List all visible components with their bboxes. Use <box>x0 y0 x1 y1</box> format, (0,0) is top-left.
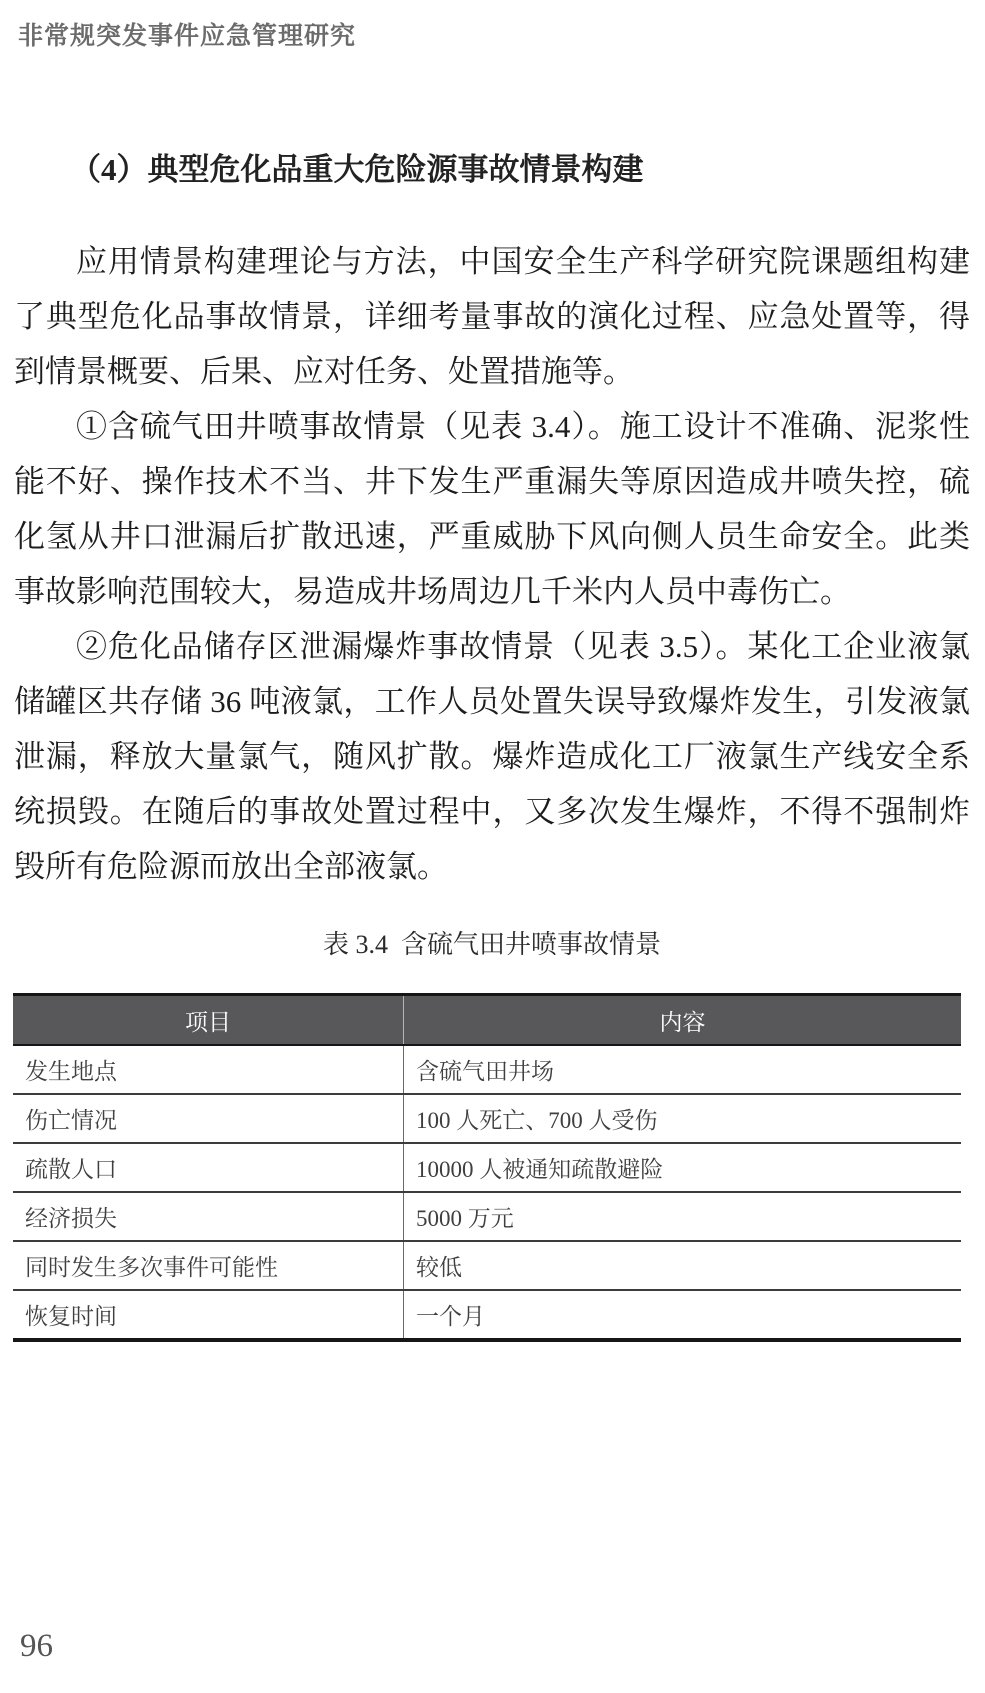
scenario-table-header: 项目 内容 <box>13 995 961 1046</box>
table-row: 恢复时间 一个月 <box>13 1290 961 1340</box>
page-number: 96 <box>20 1628 53 1665</box>
row-label: 经济损失 <box>13 1192 404 1241</box>
table-header-row: 项目 内容 <box>13 995 961 1046</box>
document-page: 非常规突发事件应急管理研究 （4）典型危化品重大危险源事故情景构建 应用情景构建… <box>0 0 985 1693</box>
row-value: 100 人死亡、700 人受伤 <box>404 1094 962 1143</box>
column-header-item: 项目 <box>13 995 404 1046</box>
row-value: 较低 <box>404 1241 962 1290</box>
main-content: （4）典型危化品重大危险源事故情景构建 应用情景构建理论与方法，中国安全生产科学… <box>14 150 970 1342</box>
row-label: 同时发生多次事件可能性 <box>13 1241 404 1290</box>
running-head: 非常规突发事件应急管理研究 <box>18 16 356 52</box>
table-row: 疏散人口 10000 人被通知疏散避险 <box>13 1143 961 1192</box>
column-header-content: 内容 <box>404 995 962 1046</box>
section-heading: （4）典型危化品重大危险源事故情景构建 <box>70 150 970 190</box>
row-label: 疏散人口 <box>13 1143 404 1192</box>
row-label: 伤亡情况 <box>13 1094 404 1143</box>
row-value: 5000 万元 <box>404 1192 962 1241</box>
table-row: 发生地点 含硫气田井场 <box>13 1045 961 1094</box>
row-value: 10000 人被通知疏散避险 <box>404 1143 962 1192</box>
table-row: 伤亡情况 100 人死亡、700 人受伤 <box>13 1094 961 1143</box>
table-caption: 表 3.4 含硫气田井喷事故情景 <box>14 924 970 961</box>
scenario-table-body: 发生地点 含硫气田井场 伤亡情况 100 人死亡、700 人受伤 疏散人口 10… <box>13 1045 961 1340</box>
row-value: 一个月 <box>404 1290 962 1340</box>
paragraph-overview: 应用情景构建理论与方法，中国安全生产科学研究院课题组构建了典型危化品事故情景，详… <box>14 234 970 399</box>
paragraph-scenario-1: ①含硫气田井喷事故情景（见表 3.4）。施工设计不准确、泥浆性能不好、操作技术不… <box>14 399 970 619</box>
row-label: 恢复时间 <box>13 1290 404 1340</box>
scenario-table: 项目 内容 发生地点 含硫气田井场 伤亡情况 100 人死亡、700 人受伤 疏… <box>13 993 961 1342</box>
table-row: 经济损失 5000 万元 <box>13 1192 961 1241</box>
row-label: 发生地点 <box>13 1045 404 1094</box>
table-row: 同时发生多次事件可能性 较低 <box>13 1241 961 1290</box>
row-value: 含硫气田井场 <box>404 1045 962 1094</box>
paragraph-scenario-2: ②危化品储存区泄漏爆炸事故情景（见表 3.5）。某化工企业液氯储罐区共存储 36… <box>14 619 970 894</box>
